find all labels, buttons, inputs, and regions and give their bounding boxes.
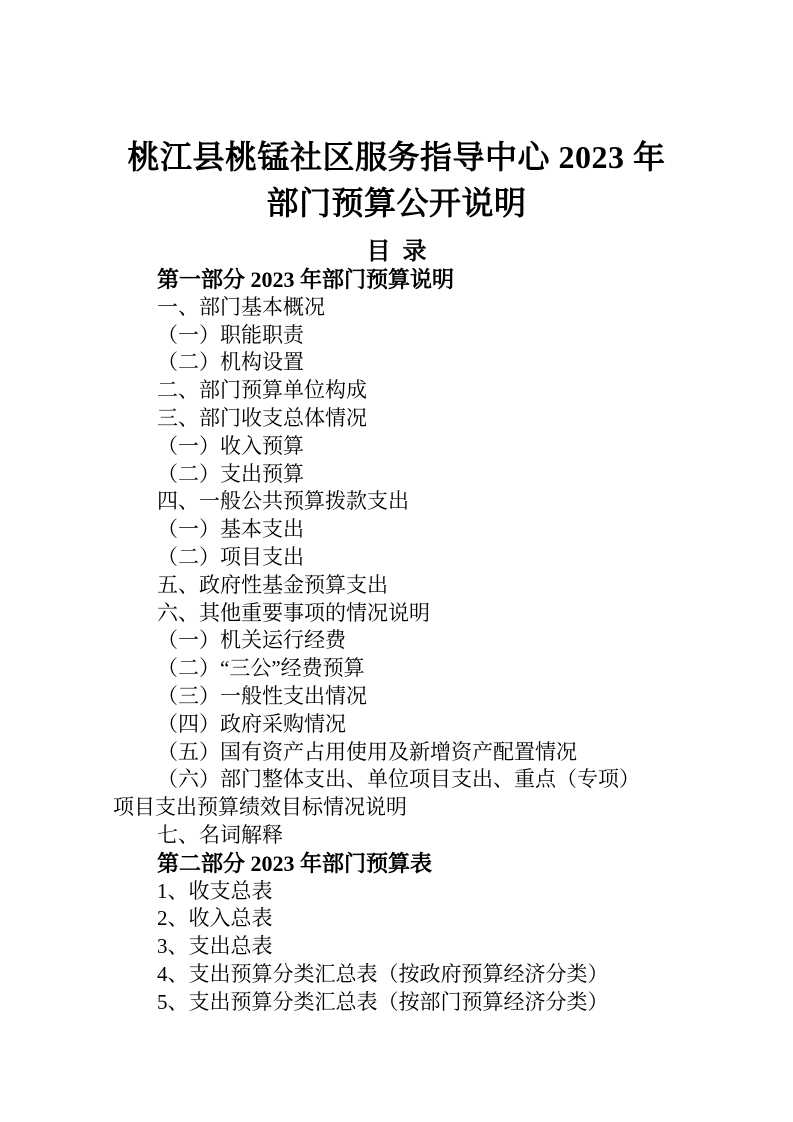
toc-item: 4、支出预算分类汇总表（按政府预算经济分类）: [113, 961, 680, 989]
toc-part2-heading: 第二部分 2023 年部门预算表: [113, 850, 680, 878]
toc-item: （五）国有资产占用使用及新增资产配置情况: [113, 739, 680, 767]
toc-item: （六）部门整体支出、单位项目支出、重点（专项）: [113, 766, 680, 794]
toc-item: 5、支出预算分类汇总表（按部门预算经济分类）: [113, 989, 680, 1017]
toc-heading: 目 录: [113, 238, 680, 266]
toc-item: 五、政府性基金预算支出: [113, 572, 680, 600]
toc-item: （一）基本支出: [113, 516, 680, 544]
toc-item: （二）支出预算: [113, 461, 680, 489]
toc-item: 一、部门基本概况: [113, 294, 680, 322]
toc-item: （三）一般性支出情况: [113, 683, 680, 711]
toc-item: 七、名词解释: [113, 822, 680, 850]
toc-item: （一）收入预算: [113, 433, 680, 461]
toc-part1-heading: 第一部分 2023 年部门预算说明: [113, 266, 680, 294]
toc-item: （二）“三公”经费预算: [113, 655, 680, 683]
toc-item: 三、部门收支总体情况: [113, 405, 680, 433]
toc-item: （四）政府采购情况: [113, 711, 680, 739]
toc-item-continuation: 项目支出预算绩效目标情况说明: [113, 794, 680, 822]
document-title-line1: 桃江县桃锰社区服务指导中心 2023 年: [113, 134, 680, 180]
toc-item: （一）职能职责: [113, 322, 680, 350]
toc-item: 二、部门预算单位构成: [113, 377, 680, 405]
document-title-line2: 部门预算公开说明: [113, 180, 680, 226]
document-title: 桃江县桃锰社区服务指导中心 2023 年 部门预算公开说明: [113, 134, 680, 226]
toc-item: 2、收入总表: [113, 905, 680, 933]
toc-item: 3、支出总表: [113, 933, 680, 961]
toc-item: （二）机构设置: [113, 349, 680, 377]
toc-item: （一）机关运行经费: [113, 627, 680, 655]
document-page: 桃江县桃锰社区服务指导中心 2023 年 部门预算公开说明 目 录 第一部分 2…: [0, 0, 793, 1122]
toc-item: 四、一般公共预算拨款支出: [113, 488, 680, 516]
toc-item: 1、收支总表: [113, 878, 680, 906]
toc-item: （二）项目支出: [113, 544, 680, 572]
toc-item: 六、其他重要事项的情况说明: [113, 600, 680, 628]
